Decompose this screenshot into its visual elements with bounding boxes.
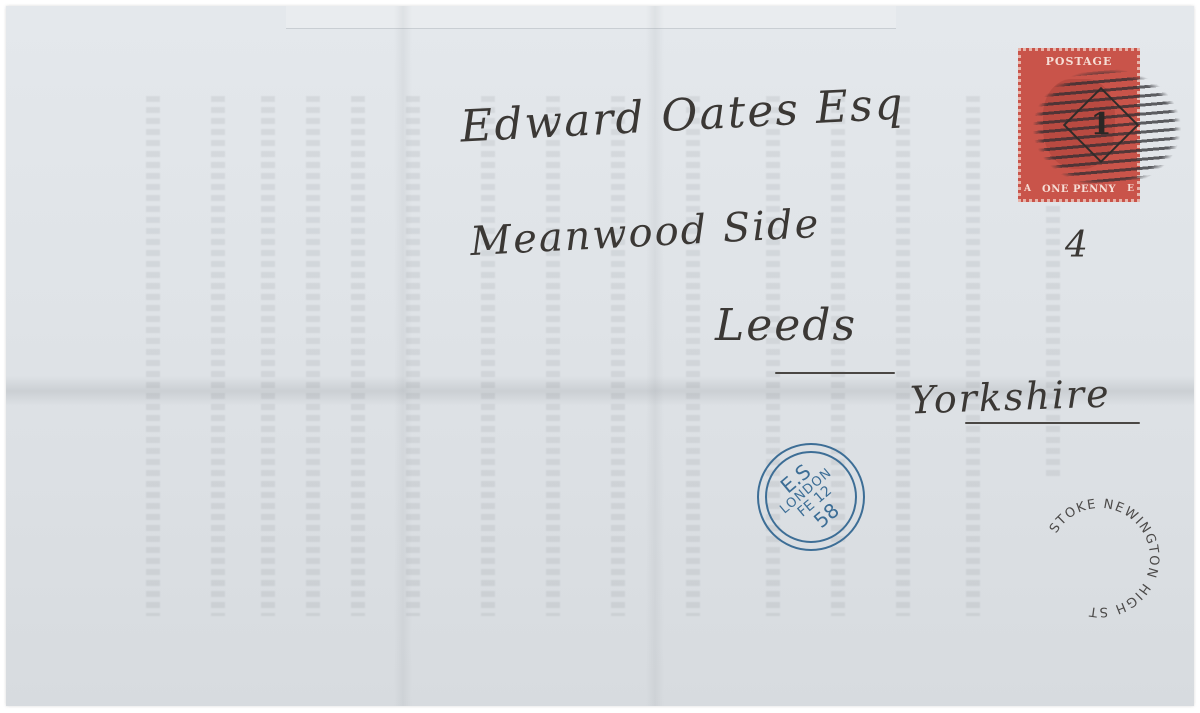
show-through-text	[611, 96, 625, 616]
london-postmark: E.S LONDON FE 12 58	[757, 443, 865, 551]
show-through-text	[211, 96, 225, 616]
show-through-text	[406, 96, 420, 616]
svg-text:STOKE NEWINGTON HIGH ST: STOKE NEWINGTON HIGH ST	[1047, 497, 1161, 619]
show-through-text	[351, 96, 365, 616]
cancel-number: 1	[1074, 98, 1128, 152]
address-city: Leeds	[715, 300, 857, 351]
county-underline	[965, 422, 1140, 424]
show-through-text	[146, 96, 160, 616]
top-fold	[286, 6, 896, 29]
stamp-corner-letter: A	[1024, 184, 1031, 194]
stoke-newington-postmark: STOKE NEWINGTON HIGH ST	[1030, 488, 1170, 628]
show-through-text	[686, 96, 700, 616]
show-through-text	[306, 96, 320, 616]
show-through-text	[966, 96, 980, 616]
show-through-text	[546, 96, 560, 616]
circular-postmark-icon: STOKE NEWINGTON HIGH ST	[1030, 488, 1170, 628]
city-underline	[775, 372, 895, 374]
show-through-text	[896, 96, 910, 616]
postmark-circular-text: STOKE NEWINGTON HIGH ST	[1047, 497, 1161, 619]
stamp-top-label: POSTAGE	[1021, 55, 1137, 68]
address-annotation: 4	[1065, 225, 1090, 266]
address-county: Yorkshire	[909, 372, 1111, 423]
show-through-text	[481, 96, 495, 616]
show-through-text	[261, 96, 275, 616]
